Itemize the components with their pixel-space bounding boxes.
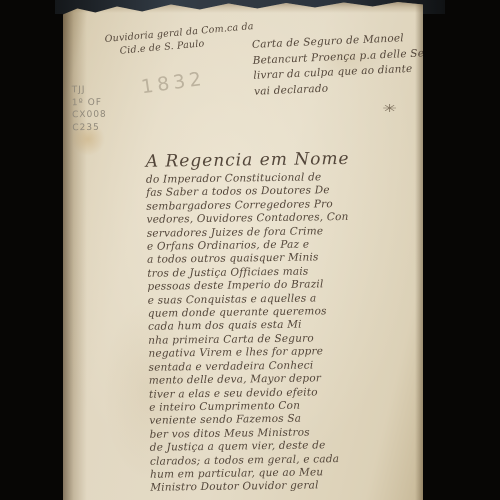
archive-ref-line: C235	[72, 121, 107, 134]
folio-stack-edge	[63, 0, 87, 500]
header-left-annotation: Ouvidoria geral da Com.ca da Cid.e de S.…	[104, 19, 266, 59]
manuscript-body: A Regencia em Nome do Imperador Constitu…	[146, 146, 401, 495]
manuscript-line: Ministro Doutor Ouvidor geral	[150, 479, 400, 496]
archive-ref-line: TJJ	[72, 84, 107, 97]
year-pencil-annotation: 1832	[140, 68, 207, 99]
header-right-annotation: Carta de Seguro de Manoel Betancurt Proe…	[252, 30, 430, 100]
archive-ref-line: CX008	[72, 109, 107, 122]
manuscript-line: A Regencia em Nome	[146, 146, 396, 173]
asterisk-mark-icon: ✳	[382, 102, 397, 115]
archive-ref-line: 1º OF	[72, 96, 107, 109]
manuscript-page: Ouvidoria geral da Com.ca da Cid.e de S.…	[63, 0, 423, 500]
archive-reference: TJJ 1º OF CX008 C235	[72, 84, 108, 135]
